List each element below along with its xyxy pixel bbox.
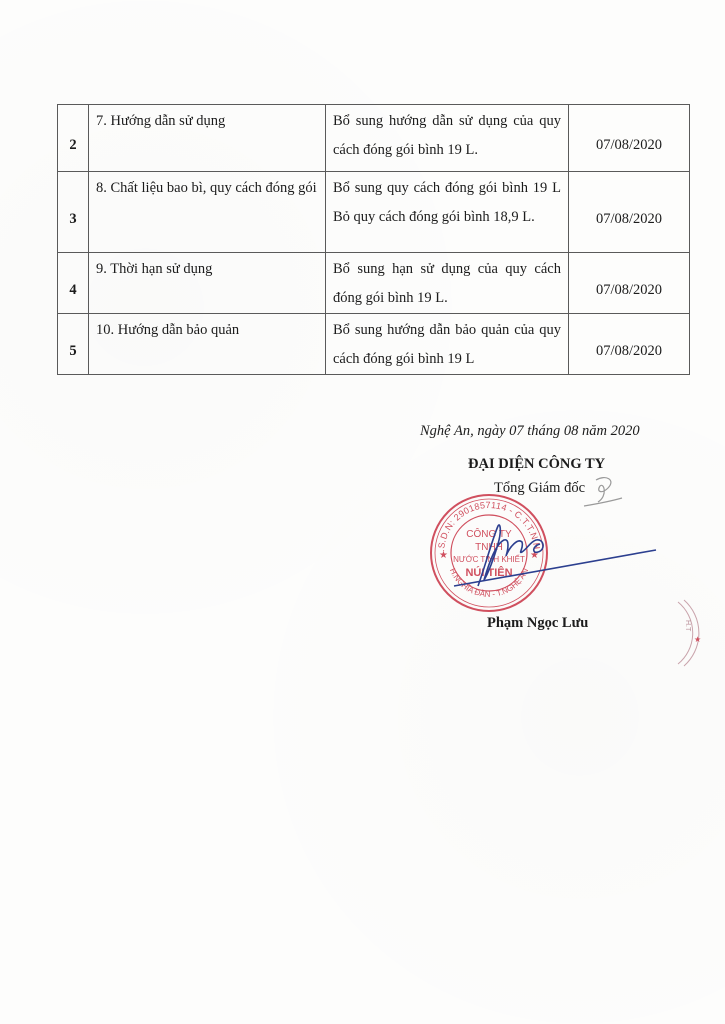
row-number-cell: 2 xyxy=(58,105,89,172)
date-cell: 07/08/2020 xyxy=(569,253,690,314)
row-number: 4 xyxy=(58,262,88,305)
date-cell: 07/08/2020 xyxy=(569,172,690,253)
partial-stamp-icon: H.T ★ xyxy=(672,598,712,668)
table-row: 4 9. Thời hạn sử dụng Bổ sung hạn sử dụn… xyxy=(58,253,690,314)
date-value: 07/08/2020 xyxy=(576,191,682,234)
date-value: 07/08/2020 xyxy=(576,262,682,305)
description-cell: Bổ sung hạn sử dụng của quy cách đóng gó… xyxy=(326,253,569,314)
changes-table: 2 7. Hướng dẫn sử dụng Bổ sung hướng dẫn… xyxy=(57,104,690,375)
table-row: 2 7. Hướng dẫn sử dụng Bổ sung hướng dẫn… xyxy=(58,105,690,172)
date-cell: 07/08/2020 xyxy=(569,314,690,375)
svg-text:★: ★ xyxy=(694,635,701,644)
row-number: 5 xyxy=(58,323,88,366)
table-row: 5 10. Hướng dẫn bảo quản Bổ sung hướng d… xyxy=(58,314,690,375)
description-cell: Bổ sung hướng dẫn bảo quản của quy cách … xyxy=(326,314,569,375)
place-date: Nghệ An, ngày 07 tháng 08 năm 2020 xyxy=(420,423,640,440)
item-cell: 8. Chất liệu bao bì, quy cách đóng gói xyxy=(89,172,326,253)
item-cell: 10. Hướng dẫn bảo quản xyxy=(89,314,326,375)
description-cell: Bổ sung quy cách đóng gói bình 19 L Bỏ q… xyxy=(326,172,569,253)
signature-icon xyxy=(448,520,658,600)
item-cell: 9. Thời hạn sử dụng xyxy=(89,253,326,314)
date-cell: 07/08/2020 xyxy=(569,105,690,172)
row-number-cell: 5 xyxy=(58,314,89,375)
table-row: 3 8. Chất liệu bao bì, quy cách đóng gói… xyxy=(58,172,690,253)
row-number: 3 xyxy=(58,191,88,234)
row-number: 2 xyxy=(58,117,88,160)
description-cell: Bổ sung hướng dẫn sử dụng của quy cách đ… xyxy=(326,105,569,172)
date-value: 07/08/2020 xyxy=(576,323,682,366)
item-cell: 7. Hướng dẫn sử dụng xyxy=(89,105,326,172)
svg-text:★: ★ xyxy=(439,550,448,561)
row-number-cell: 3 xyxy=(58,172,89,253)
initial-mark-icon xyxy=(578,474,626,514)
date-value: 07/08/2020 xyxy=(576,117,682,160)
signer-name: Phạm Ngọc Lưu xyxy=(487,615,588,632)
svg-text:H.T: H.T xyxy=(684,620,691,632)
representative-title: ĐẠI DIỆN CÔNG TY xyxy=(468,456,605,473)
row-number-cell: 4 xyxy=(58,253,89,314)
